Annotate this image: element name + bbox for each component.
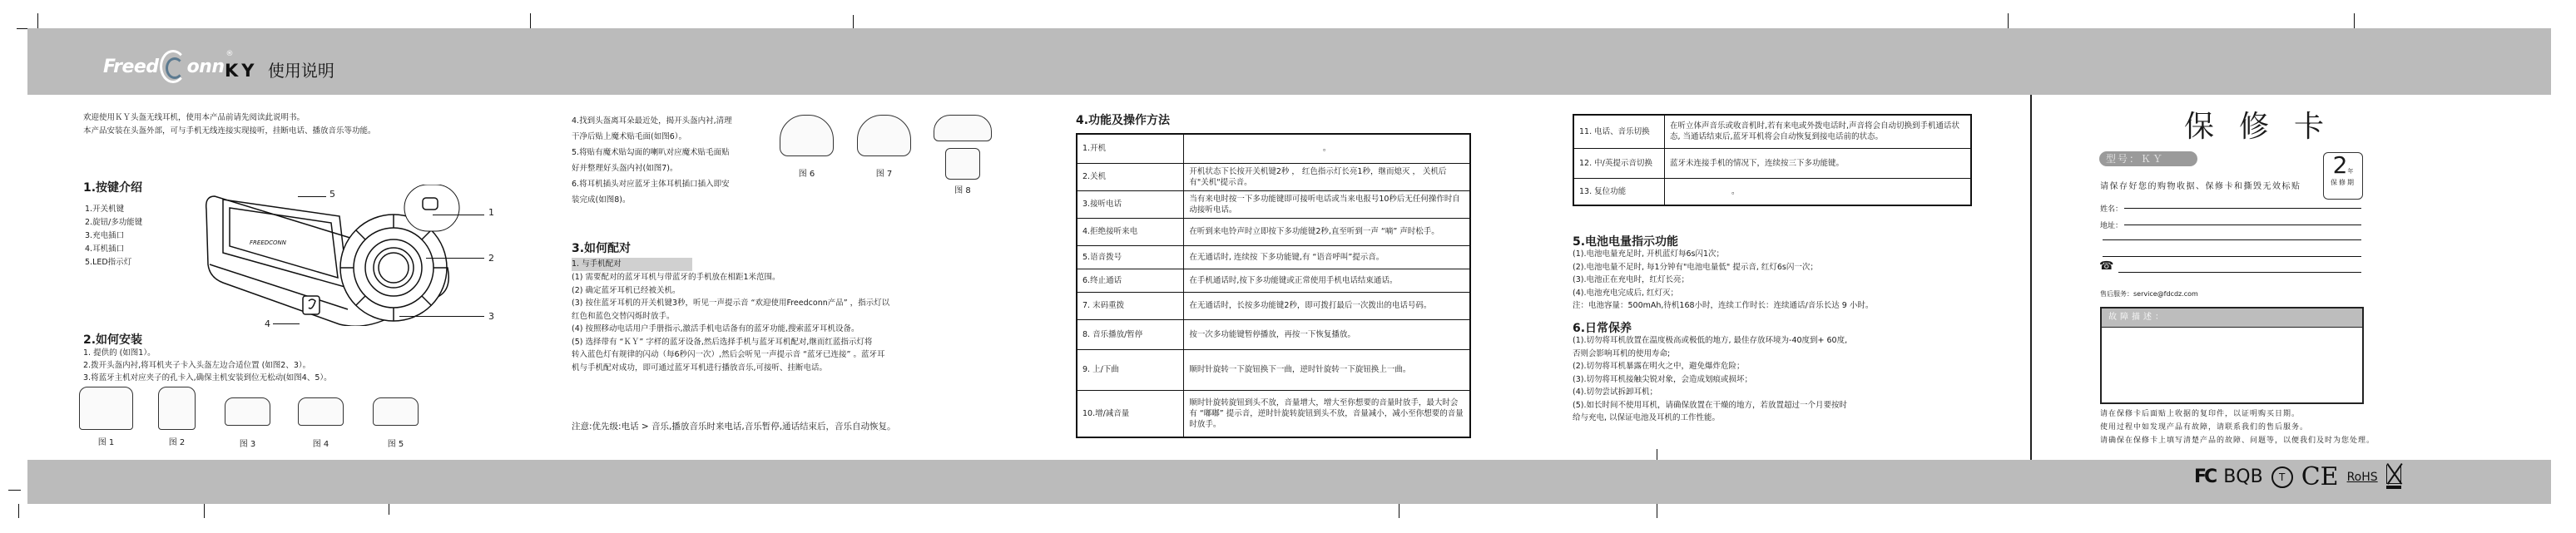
fault-description-label: 故障描述： <box>2102 308 2362 328</box>
pairing-step: (5) 选择带有 “ＫＹ” 字样的蓝牙设备,然后选择手机与蓝牙耳机配对,继而红蓝… <box>572 336 889 349</box>
section1-title: 1.按键介绍 <box>83 179 142 195</box>
pairing-subtitle: 1. 与手机配对 <box>572 258 692 271</box>
crop-mark <box>17 28 27 29</box>
crop-mark <box>530 13 531 28</box>
function-name: 4.拒绝接听来电 <box>1077 218 1184 245</box>
table-row: 13. 复位功能。 <box>1573 178 1971 205</box>
care-line: (5).如长时间不使用耳机，请确保放置在干燥的地方，若放置超过一个月要按时 <box>1573 399 1847 412</box>
callout-2: 2 <box>488 253 494 264</box>
pairing-step: (3) 按住蓝牙耳机的开关机键3秒，听见一声提示音 “欢迎使用Freedconn… <box>572 297 889 310</box>
callout-leader <box>298 196 326 197</box>
install-step: 干净后贴上魔术贴毛面(如图6）。 <box>572 129 732 145</box>
rohs-logo-icon: RoHS <box>2347 471 2378 484</box>
battery-lines: (1).电池电量充足时, 开机蓝灯每6s闪1次； (2).电池电量不足时, 每1… <box>1573 248 1873 313</box>
figure-caption: 图 8 <box>934 183 992 195</box>
section4-title: 4.功能及操作方法 <box>1076 111 1170 128</box>
page-title: KY 使用说明 <box>225 57 334 81</box>
warranty-note: 请确保在保修卡上填写清楚产品的故障、问题等，以便我们及时为您处理。 <box>2100 434 2375 447</box>
function-desc: 在无通话时, 连续按 下多功能键,有 “语音呼叫”提示音。 <box>1184 245 1470 269</box>
battery-line: 注：电池容量：500mAh,待机168小时，连续工作时长：连续通话/音乐长达 9… <box>1573 299 1873 313</box>
table-row: 10.增/减音量顺时针旋转旋钮到头不放，音量增大，增大至你想要的音量时放手，最大… <box>1077 390 1470 437</box>
battery-line: (4).电池充电完成后, 红灯灭； <box>1573 287 1873 300</box>
care-line: 给与充电, 以保证电池及耳机的工作性能。 <box>1573 412 1847 425</box>
function-desc: 顺时针旋转旋钮到头不放，音量增大，增大至你想要的音量时放手，最大时会有 “嘟嘟”… <box>1184 390 1470 437</box>
crop-mark <box>1399 504 1399 518</box>
model-name: KY <box>225 61 257 81</box>
install-step: 1. 提供的 (如图1）。 <box>83 347 156 360</box>
name-label: 姓名： <box>2100 203 2123 214</box>
service-email: 售后服务：service@fdcdz.com <box>2100 289 2198 299</box>
crop-mark <box>2008 13 2009 28</box>
figure-caption: 图 7 <box>857 166 911 179</box>
pairing-steps: (1) 需要配对的蓝牙耳机与带蓝牙的手机放在相距1米范围。 (2) 确定蓝牙耳机… <box>572 271 889 374</box>
brand-logo-left: Freed <box>103 57 159 77</box>
crop-mark <box>389 503 389 515</box>
install-step: 6.将耳机插头对应蓝牙主体耳机插口插入即安 <box>572 176 732 192</box>
figure-1: 图 1 <box>79 387 133 447</box>
certification-logos: FC BQB T CE RoHS <box>2194 462 2401 491</box>
crop-mark <box>37 13 38 28</box>
device-illustration: FREEDCONN <box>198 185 473 326</box>
model-badge: 型号：ＫＹ <box>2099 151 2197 166</box>
function-name: 9. 上/下曲 <box>1077 349 1184 390</box>
function-desc: 顺时针旋转一下旋钮换下一曲，逆时针旋转一下旋钮换上一曲。 <box>1184 349 1470 390</box>
crop-mark <box>8 490 21 491</box>
pairing-step: (2) 确定蓝牙耳机已经被关机。 <box>572 284 889 298</box>
figure-6: 图 6 <box>780 115 834 179</box>
figure-3: 图 3 <box>225 397 270 449</box>
install-step: 5.将贴有魔术贴勾面的喇叭对应魔术贴毛面贴 <box>572 145 732 160</box>
care-lines: (1).切勿将耳机放置在温度极高或极低的地方, 最佳存放环境为-40度到+ 60… <box>1573 334 1847 425</box>
function-name: 1.开机 <box>1077 134 1184 163</box>
figure-caption: 图 4 <box>298 437 344 449</box>
section3-title: 3.如何配对 <box>572 239 631 256</box>
button-list: 1.开关机键 2.旋钮/多功能键 3.充电插口 4.耳机插口 5.LED指示灯 <box>85 203 142 269</box>
ce-logo-icon: CE <box>2301 462 2339 491</box>
callout-leader <box>273 323 300 324</box>
function-name: 10.增/减音量 <box>1077 390 1184 437</box>
function-table: 1.开机。 2.关机开机状态下长按开关机键2秒 ， 红色指示灯长亮1秒，继而熄灭… <box>1076 133 1471 438</box>
function-name: 7. 末码重拨 <box>1077 292 1184 319</box>
callout-1: 1 <box>488 207 494 218</box>
function-desc: 当有来电时按一下多功能键即可接听电话或当来电报号10秒后无任何操作时自动接听电话… <box>1184 190 1470 218</box>
intro-line: 本产品安装在头盔外部，可与手机无线连接实现接听，挂断电话、播放音乐等功能。 <box>83 125 376 138</box>
callout-3: 3 <box>488 311 494 322</box>
figure-caption: 图 1 <box>79 435 133 447</box>
pairing-step: 红色和蓝色交替闪烁时放手。 <box>572 310 889 323</box>
button-list-item: 1.开关机键 <box>85 203 142 216</box>
address-field-line2[interactable] <box>2103 239 2361 240</box>
period-number: 2 <box>2333 151 2348 179</box>
function-name: 2.关机 <box>1077 163 1184 190</box>
pairing-step: (4) 按照移动电话用户手册指示,激活手机电话备有的蓝牙功能,搜索蓝牙耳机设备。 <box>572 323 889 336</box>
function-name: 6.终止通话 <box>1077 269 1184 292</box>
care-line: (3).切勿将耳机接触尖锐对象，会造成划痕或损坏； <box>1573 373 1847 387</box>
figure-caption: 图 6 <box>780 166 834 179</box>
button-list-item: 5.LED指示灯 <box>85 256 142 269</box>
battery-line: (2).电池电量不足时, 每1分钟有"电池电量低" 提示音, 红灯6s闪一次； <box>1573 261 1873 274</box>
install-step: 4.找到头盔离耳朵最近处，揭开头盔内衬,清理 <box>572 113 732 129</box>
phone-icon: ☎ <box>2099 259 2113 273</box>
crop-mark <box>204 504 205 518</box>
table-row: 11. 电话、音乐切换在听立体声音乐或收音机时,若有来电或外拨电话时,声音将会自… <box>1573 115 1971 148</box>
function-desc: 。 <box>1664 178 1971 205</box>
address-field[interactable] <box>2124 225 2361 225</box>
pairing-subtitle-text: 1. 与手机配对 <box>572 258 692 271</box>
title-text: 使用说明 <box>268 61 334 81</box>
brand-logo: Freed onn ® <box>103 50 234 83</box>
function-name: 8. 音乐播放/暂停 <box>1077 319 1184 349</box>
warranty-title: 保修卡 <box>2184 103 2349 146</box>
callout-4: 4 <box>265 318 270 329</box>
crop-mark <box>18 504 19 518</box>
address-label: 地址： <box>2100 220 2123 230</box>
table-row: 6.终止通话在手机通话时,按下多功能键或正常使用手机电话结束通话。 <box>1077 269 1470 292</box>
table-row: 1.开机。 <box>1077 134 1470 163</box>
install-step: 好并整理好头盔内衬(如图7)。 <box>572 160 732 176</box>
care-line: (1).切勿将耳机放置在温度极高或极低的地方, 最佳存放环境为-40度到+ 60… <box>1573 334 1847 348</box>
install-step: 2.拨开头盔内衬,将耳机夹子卡入头盔左边合适位置 (如图2、3）。 <box>83 359 310 373</box>
figure-caption: 图 5 <box>373 437 419 449</box>
section2-title: 2.如何安装 <box>83 331 142 348</box>
fcc-logo-icon: FC <box>2194 466 2215 487</box>
warranty-period-badge: 2年 保修期 <box>2323 152 2363 200</box>
callout-leader <box>399 316 484 317</box>
function-desc: 在手机通话时,按下多功能键或正常使用手机电话结束通话。 <box>1184 269 1470 292</box>
brand-logo-right: onn <box>187 57 225 77</box>
figure-5: 图 5 <box>373 397 419 449</box>
pairing-step: 转入蓝色灯有规律的闪动（每6秒闪一次）,然后会听见一声提示音 “蓝牙已连接” 。… <box>572 348 889 362</box>
weee-bin-icon <box>2386 465 2401 489</box>
fault-description-box[interactable]: 故障描述： <box>2100 307 2364 404</box>
warranty-notes: 请在保修卡后面贴上收据的复印件，以证明购买日期。 使用过程中如发现产品有故障，请… <box>2100 407 2375 447</box>
battery-line: (1).电池电量充足时, 开机蓝灯每6s闪1次； <box>1573 248 1873 261</box>
brand-ring-icon <box>160 50 186 83</box>
figure-caption: 图 3 <box>225 437 270 449</box>
period-label: 保修期 <box>2324 178 2362 187</box>
period-unit: 年 <box>2347 168 2353 175</box>
function-name: 12. 中/英提示音切换 <box>1573 148 1664 178</box>
table-row: 5.语音拨号在无通话时, 连续按 下多功能键,有 “语音呼叫”提示音。 <box>1077 245 1470 269</box>
function-table-cont: 11. 电话、音乐切换在听立体声音乐或收音机时,若有来电或外拨电话时,声音将会自… <box>1573 114 1972 206</box>
function-name: 11. 电话、音乐切换 <box>1573 115 1664 148</box>
figure-8: 图 8 <box>934 115 992 195</box>
keep-receipt-note: 请保存好您的购物收据、保修卡和撕毁无效标贴 <box>2100 179 2301 191</box>
warranty-note: 请在保修卡后面贴上收据的复印件，以证明购买日期。 <box>2100 407 2375 421</box>
pairing-step: (1) 需要配对的蓝牙耳机与带蓝牙的手机放在相距1米范围。 <box>572 271 889 284</box>
battery-line: (3).电池正在充电时，红灯长亮； <box>1573 274 1873 287</box>
install-steps-cont: 4.找到头盔离耳朵最近处，揭开头盔内衬,清理 干净后贴上魔术贴毛面(如图6）。 … <box>572 113 732 208</box>
section6-title: 6.日常保养 <box>1573 319 1632 336</box>
button-list-item: 3.充电插口 <box>85 229 142 243</box>
function-desc: 蓝牙未连接手机的情况下，连续按三下多功能键。 <box>1664 148 1971 178</box>
function-name: 3.接听电话 <box>1077 190 1184 218</box>
function-name: 5.语音拨号 <box>1077 245 1184 269</box>
address-field-line3[interactable] <box>2103 256 2361 257</box>
callout-leader <box>426 258 484 259</box>
function-desc: 按一次多功能键暂停播放，再按一下恢复播放。 <box>1184 319 1470 349</box>
table-row: 7. 末码重拨在无通话时，长按多功能键2秒，即可拨打最后一次拨出的电话号码。 <box>1077 292 1470 319</box>
figure-caption: 图 2 <box>158 435 196 447</box>
care-line: (4).切勿尝试拆卸耳机； <box>1573 386 1847 399</box>
function-desc: 在无通话时，长按多功能键2秒，即可拨打最后一次拨出的电话号码。 <box>1184 292 1470 319</box>
warranty-divider <box>2030 95 2032 460</box>
figure-2: 图 2 <box>158 387 196 447</box>
header-band <box>27 28 2551 95</box>
crop-mark <box>2354 13 2355 28</box>
warranty-note: 使用过程中如发现产品有故障，请联系我们的售后服务。 <box>2100 421 2375 434</box>
function-desc: 。 <box>1184 134 1470 163</box>
figure-4: 图 4 <box>298 397 344 449</box>
table-row: 8. 音乐播放/暂停按一次多功能键暂停播放，再按一下恢复播放。 <box>1077 319 1470 349</box>
function-desc: 开机状态下长按开关机键2秒 ， 红色指示灯长亮1秒，继而熄灭 ， 关机后有"关机… <box>1184 163 1470 190</box>
button-list-item: 4.耳机插口 <box>85 243 142 256</box>
intro-line: 欢迎使用ＫＹ头盔无线耳机，使用本产品前请先阅读此说明书。 <box>83 111 305 125</box>
crop-mark <box>1657 449 1657 460</box>
table-row: 9. 上/下曲顺时针旋转一下旋钮换下一曲，逆时针旋转一下旋钮换上一曲。 <box>1077 349 1470 390</box>
install-step: 装完成(如图8)。 <box>572 192 732 208</box>
button-list-item: 2.旋钮/多功能键 <box>85 216 142 229</box>
care-line: 否则会影响耳机的使用寿命; <box>1573 348 1847 361</box>
pairing-step: 机与手机配对成功，即可通过蓝牙耳机进行播放音乐,可接听、挂断电话。 <box>572 362 889 375</box>
callout-5: 5 <box>329 189 335 200</box>
function-desc: 在听立体声音乐或收音机时,若有来电或外拨电话时,声音将会自动切换到手机通话状态,… <box>1664 115 1971 148</box>
function-name: 13. 复位功能 <box>1573 178 1664 205</box>
svg-text:FREEDCONN: FREEDCONN <box>250 239 287 246</box>
table-row: 12. 中/英提示音切换蓝牙未连接手机的情况下，连续按三下多功能键。 <box>1573 148 1971 178</box>
figure-7: 图 7 <box>857 115 911 179</box>
crop-mark <box>1657 504 1657 518</box>
callout-leader <box>433 215 484 215</box>
table-row: 3.接听电话当有来电时按一下多功能键即可接听电话或当来电报号10秒后无任何操作时… <box>1077 190 1470 218</box>
name-field[interactable] <box>2124 208 2361 209</box>
install-step: 3.将蓝牙主机对应夹子的孔卡入,确保主机安装到位无松动(如图4、5）。 <box>83 372 332 385</box>
section5-title: 5.电池电量指示功能 <box>1573 233 1678 249</box>
priority-note: 注意:优先级:电话 > 音乐,播放音乐时来电话,音乐暂停,通话结束后，音乐自动恢… <box>572 419 896 434</box>
phone-field[interactable] <box>2118 272 2361 273</box>
bqb-logo-icon: BQB <box>2223 466 2263 487</box>
telec-logo-icon: T <box>2271 466 2293 488</box>
care-line: (2).切勿将耳机暴露在明火之中，避免爆炸危险； <box>1573 360 1847 373</box>
footer-band <box>27 460 2551 504</box>
function-desc: 在听到来电铃声时立即按下多功能键2秒,直至听到一声 “嘀” 声时松手。 <box>1184 218 1470 245</box>
table-row: 4.拒绝接听来电在听到来电铃声时立即按下多功能键2秒,直至听到一声 “嘀” 声时… <box>1077 218 1470 245</box>
table-row: 2.关机开机状态下长按开关机键2秒 ， 红色指示灯长亮1秒，继而熄灭 ， 关机后… <box>1077 163 1470 190</box>
